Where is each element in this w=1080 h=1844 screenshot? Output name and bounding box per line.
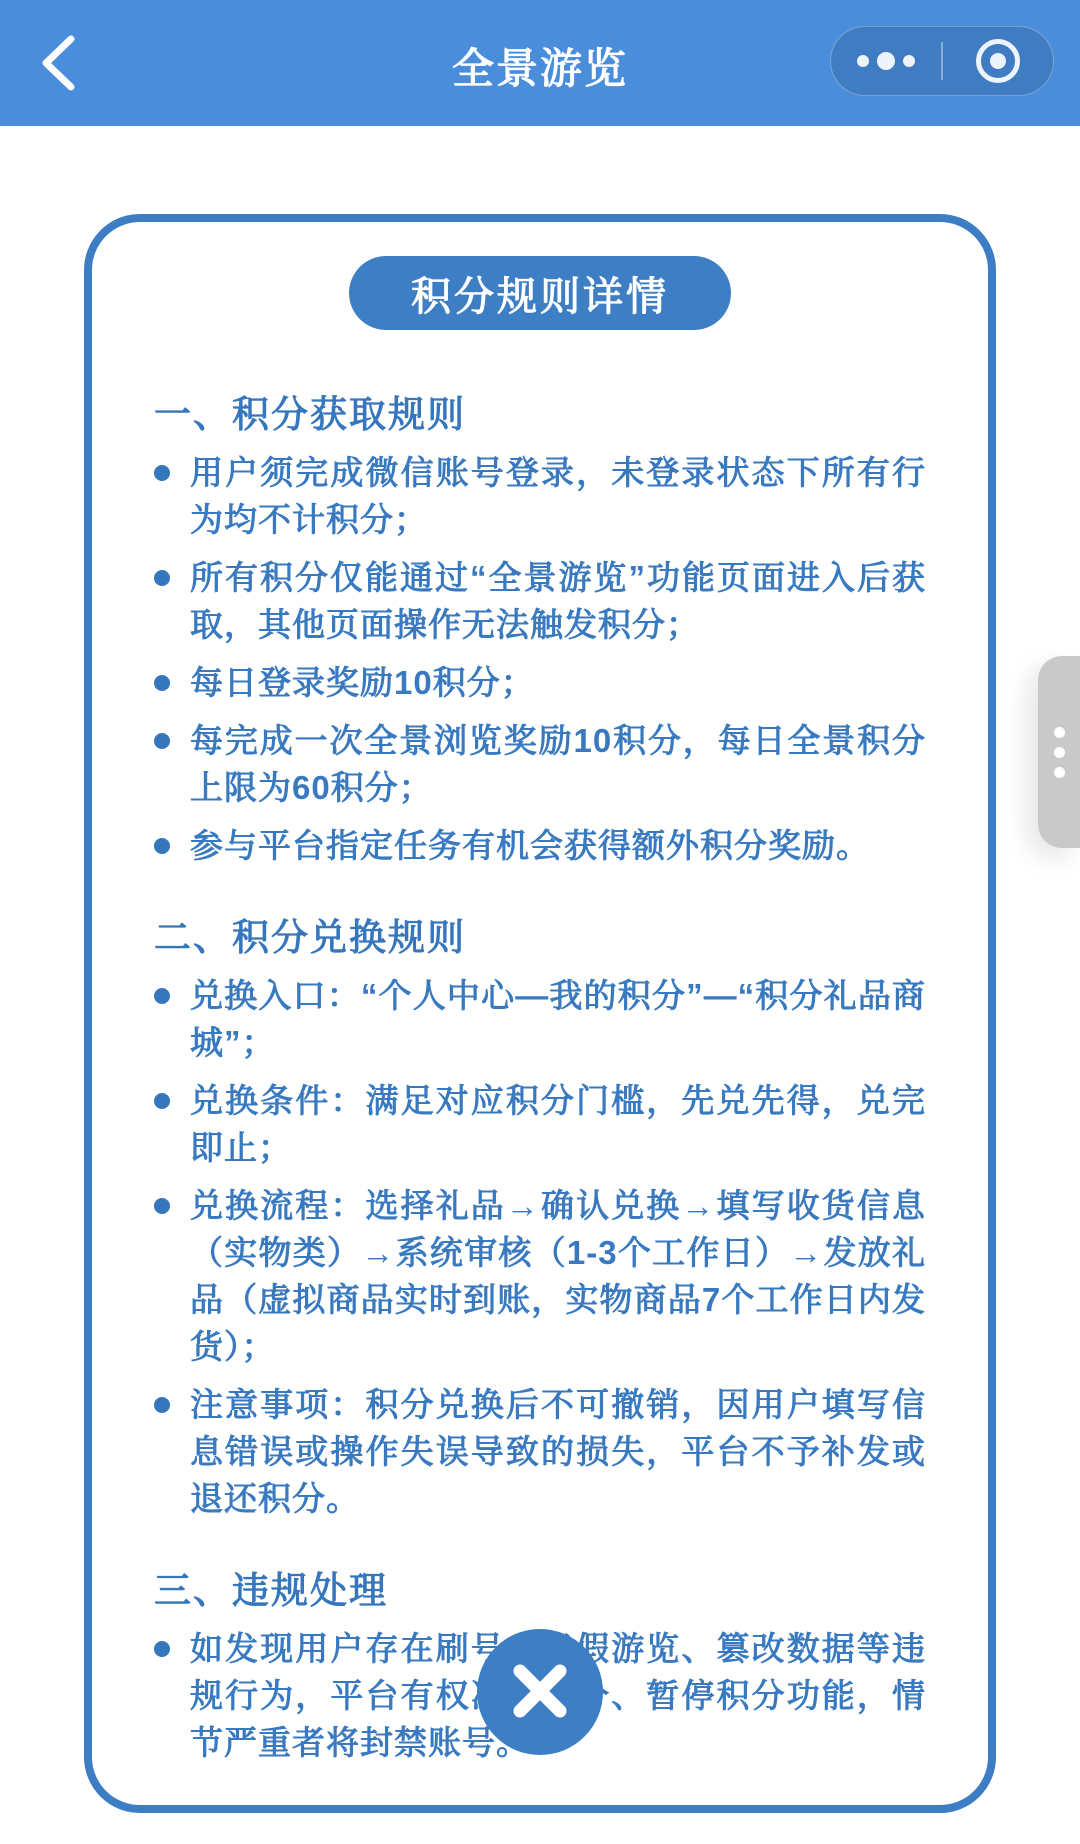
bullet-dot-icon [154, 733, 170, 749]
bullet-text: 兑换流程：选择礼品→确认兑换→填写收货信息（实物类）→系统审核（1-3个工作日）… [190, 1182, 926, 1370]
bullet-text: 参与平台指定任务有机会获得额外积分奖励。 [190, 822, 870, 869]
close-button[interactable] [477, 1629, 603, 1755]
floating-handle[interactable] [1038, 656, 1080, 848]
back-button[interactable] [26, 32, 90, 96]
list-item: 所有积分仅能通过“全景游览”功能页面进入后获取，其他页面操作无法触发积分； [154, 554, 926, 648]
bullet-dot-icon [154, 1093, 170, 1109]
nav-bar: 全景游览 [0, 0, 1080, 126]
target-circle-icon [976, 39, 1020, 83]
bullet-text: 兑换入口：“个人中心—我的积分”—“积分礼品商城”； [190, 972, 926, 1066]
rules-section: 一、积分获取规则 用户须完成微信账号登录，未登录状态下所有行为均不计积分； 所有… [154, 384, 926, 869]
bullet-dot-icon [154, 1198, 170, 1214]
list-item: 参与平台指定任务有机会获得额外积分奖励。 [154, 822, 926, 869]
ellipsis-icon [857, 52, 915, 70]
bullet-text: 用户须完成微信账号登录，未登录状态下所有行为均不计积分； [190, 449, 926, 543]
rules-sections: 一、积分获取规则 用户须完成微信账号登录，未登录状态下所有行为均不计积分； 所有… [142, 384, 938, 1766]
close-icon [510, 1661, 570, 1724]
bullet-dot-icon [154, 675, 170, 691]
rules-card: 积分规则详情 一、积分获取规则 用户须完成微信账号登录，未登录状态下所有行为均不… [84, 214, 996, 1813]
list-item: 每日登录奖励10积分； [154, 659, 926, 706]
bullet-dot-icon [154, 838, 170, 854]
list-item: 兑换条件：满足对应积分门槛，先兑先得，兑完即止； [154, 1077, 926, 1171]
bullet-dot-icon [154, 1641, 170, 1657]
section-heading: 二、积分兑换规则 [154, 907, 926, 961]
section-heading: 一、积分获取规则 [154, 384, 926, 438]
list-item: 兑换流程：选择礼品→确认兑换→填写收货信息（实物类）→系统审核（1-3个工作日）… [154, 1182, 926, 1370]
bullet-dot-icon [154, 988, 170, 1004]
capsule-menu [830, 26, 1054, 96]
more-button[interactable] [831, 27, 941, 95]
list-item: 每完成一次全景浏览奖励10积分，每日全景积分上限为60积分； [154, 717, 926, 811]
list-item: 用户须完成微信账号登录，未登录状态下所有行为均不计积分； [154, 449, 926, 543]
section-heading: 三、违规处理 [154, 1560, 926, 1614]
list-item: 注意事项：积分兑换后不可撤销，因用户填写信息错误或操作失误导致的损失，平台不予补… [154, 1381, 926, 1522]
vertical-dots-icon [1054, 727, 1065, 738]
bullet-dot-icon [154, 570, 170, 586]
chevron-left-icon [38, 34, 78, 95]
list-item: 兑换入口：“个人中心—我的积分”—“积分礼品商城”； [154, 972, 926, 1066]
bullet-text: 兑换条件：满足对应积分门槛，先兑先得，兑完即止； [190, 1077, 926, 1171]
page-title: 全景游览 [452, 36, 628, 96]
bullet-text: 注意事项：积分兑换后不可撤销，因用户填写信息错误或操作失误导致的损失，平台不予补… [190, 1381, 926, 1522]
section-items: 用户须完成微信账号登录，未登录状态下所有行为均不计积分； 所有积分仅能通过“全景… [154, 449, 926, 869]
modal-title-pill: 积分规则详情 [349, 256, 731, 330]
minimize-home-button[interactable] [943, 27, 1053, 95]
section-items: 兑换入口：“个人中心—我的积分”—“积分礼品商城”； 兑换条件：满足对应积分门槛… [154, 972, 926, 1522]
bullet-dot-icon [154, 1397, 170, 1413]
bullet-text: 每日登录奖励10积分； [190, 659, 535, 706]
bullet-dot-icon [154, 465, 170, 481]
bullet-text: 所有积分仅能通过“全景游览”功能页面进入后获取，其他页面操作无法触发积分； [190, 554, 926, 648]
rules-section: 二、积分兑换规则 兑换入口：“个人中心—我的积分”—“积分礼品商城”； 兑换条件… [154, 907, 926, 1522]
bullet-text: 每完成一次全景浏览奖励10积分，每日全景积分上限为60积分； [190, 717, 926, 811]
